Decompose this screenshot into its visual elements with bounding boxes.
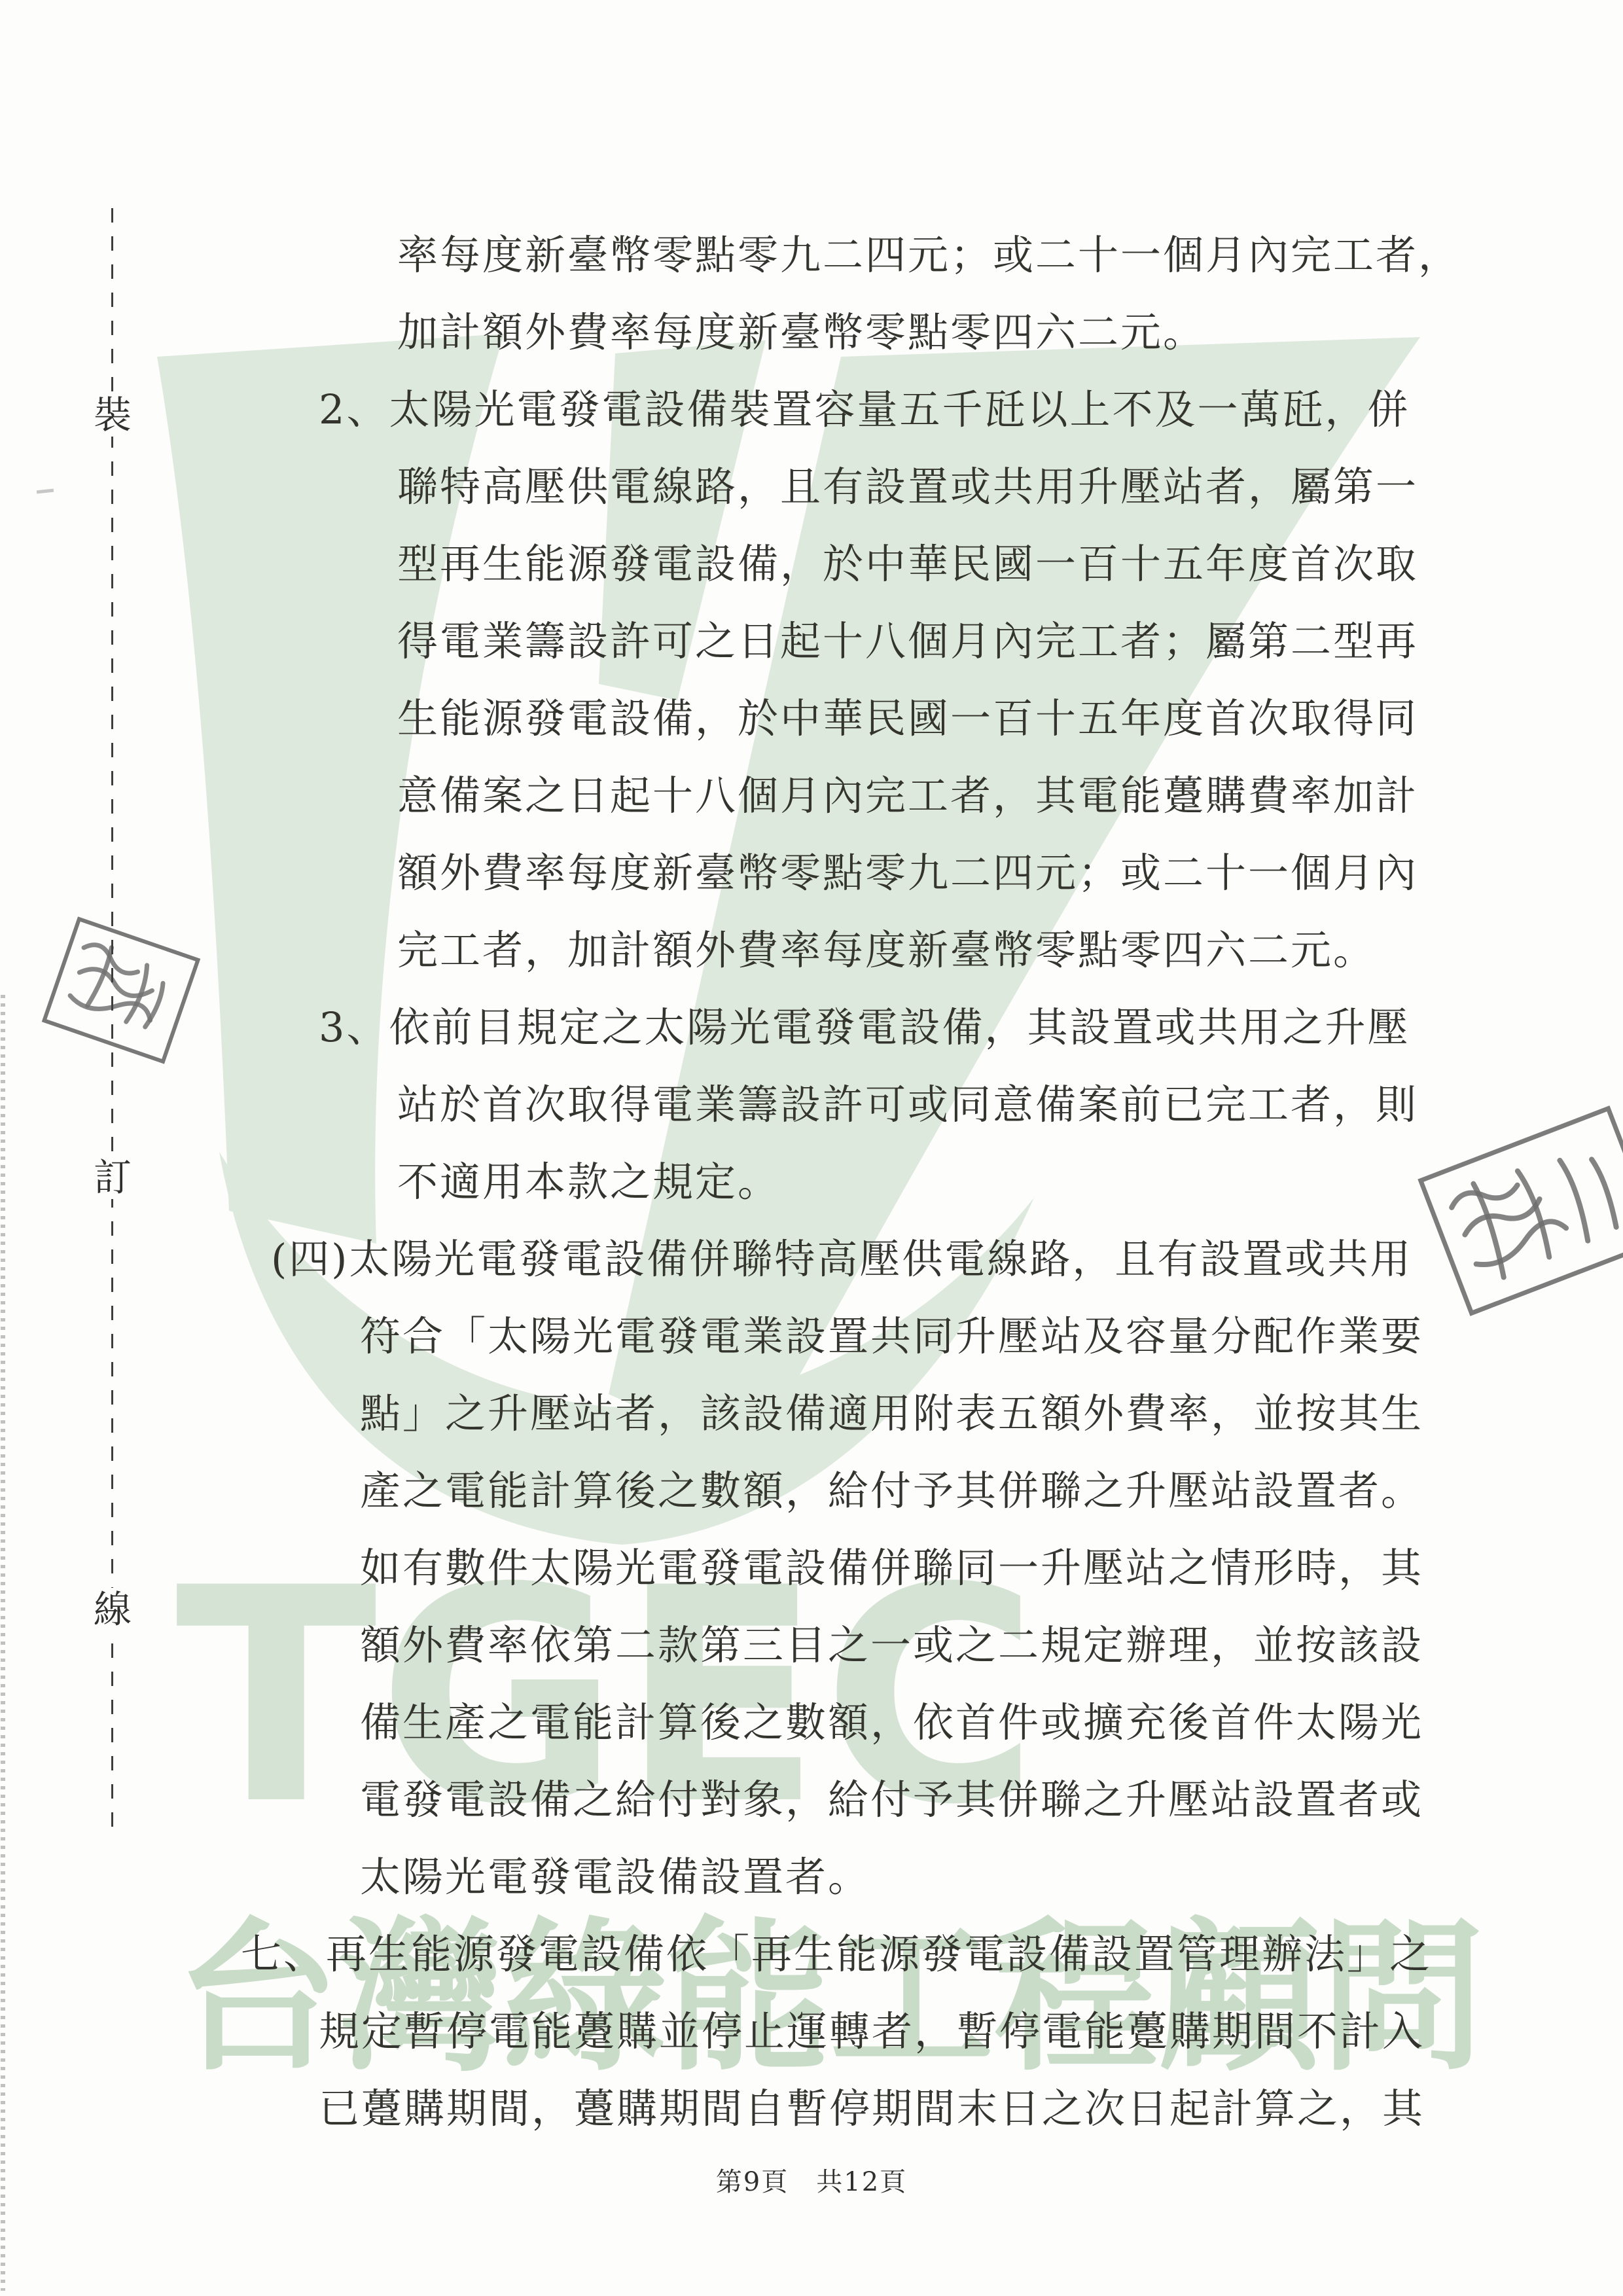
document-page: TGEC 台灣綠能工程顧問 裝 訂 線 [0, 0, 1623, 2296]
document-body: 率每度新臺幣零點零九二四元；或二十一個月內完工者，加計額外費率每度新臺幣零點零四… [0, 0, 1623, 2296]
text-line: 太陽光電發電設備設置者。 [360, 1854, 870, 1901]
text-line: 生能源發電設備，於中華民國一百十五年度首次取得同 [397, 695, 1418, 742]
text-line: 如有數件太陽光電發電設備併聯同一升壓站之情形時，其 [360, 1545, 1423, 1592]
text-line: 意備案之日起十八個月內完工者，其電能躉購費率加計 [397, 772, 1418, 819]
text-line: 型再生能源發電設備，於中華民國一百十五年度首次取 [397, 541, 1418, 588]
text-line: 已躉購期間，躉購期間自暫停期間末日之次日起計算之，其 [319, 2085, 1425, 2132]
page-number-footer: 第9頁 共12頁 [0, 2161, 1623, 2198]
text-line: 點」之升壓站者，該設備適用附表五額外費率，並按其生 [360, 1390, 1423, 1437]
text-line: 額外費率每度新臺幣零點零九二四元；或二十一個月內 [397, 850, 1418, 897]
text-line: 不適用本款之規定。 [397, 1158, 780, 1206]
text-line: 2、太陽光電發電設備裝置容量五千瓩以上不及一萬瓩，併 [319, 386, 1410, 433]
binding-label-ding: 訂 [91, 1156, 134, 1199]
text-line: 七、再生能源發電設備依「再生能源發電設備設置管理辦法」之 [241, 1931, 1432, 1978]
text-line: 符合「太陽光電發電業設置共同升壓站及容量分配作業要 [360, 1313, 1423, 1360]
text-line: 加計額外費率每度新臺幣零點零四六二元。 [397, 309, 1205, 356]
text-line: 額外費率依第二款第三目之一或之二規定辦理，並按該設 [360, 1622, 1423, 1669]
text-line: 備生產之電能計算後之數額，依首件或擴充後首件太陽光 [360, 1699, 1423, 1746]
text-line: 聯特高壓供電線路，且有設置或共用升壓站者，屬第一 [397, 463, 1418, 511]
text-line: 站於首次取得電業籌設許可或同意備案前已完工者，則 [397, 1081, 1418, 1128]
binding-label-xian: 線 [91, 1588, 134, 1631]
text-line: 規定暫停電能躉購並停止運轉者，暫停電能躉購期間不計入 [319, 2008, 1425, 2055]
text-line: 率每度新臺幣零點零九二四元；或二十一個月內完工者， [397, 232, 1461, 279]
text-line: (四)太陽光電發電設備併聯特高壓供電線路，且有設置或共用 [271, 1236, 1412, 1283]
binding-dashed-line [111, 208, 113, 1828]
text-line: 電發電設備之給付對象，給付予其併聯之升壓站設置者或 [360, 1776, 1423, 1823]
text-line: 3、依前目規定之太陽光電發電設備，其設置或共用之升壓 [319, 1004, 1410, 1051]
text-line: 產之電能計算後之數額，給付予其併聯之升壓站設置者。 [360, 1467, 1423, 1515]
text-line: 完工者，加計額外費率每度新臺幣零點零四六二元。 [397, 927, 1376, 974]
binding-label-zhuang: 裝 [91, 393, 134, 437]
text-line: 得電業籌設許可之日起十八個月內完工者；屬第二型再 [397, 618, 1418, 665]
